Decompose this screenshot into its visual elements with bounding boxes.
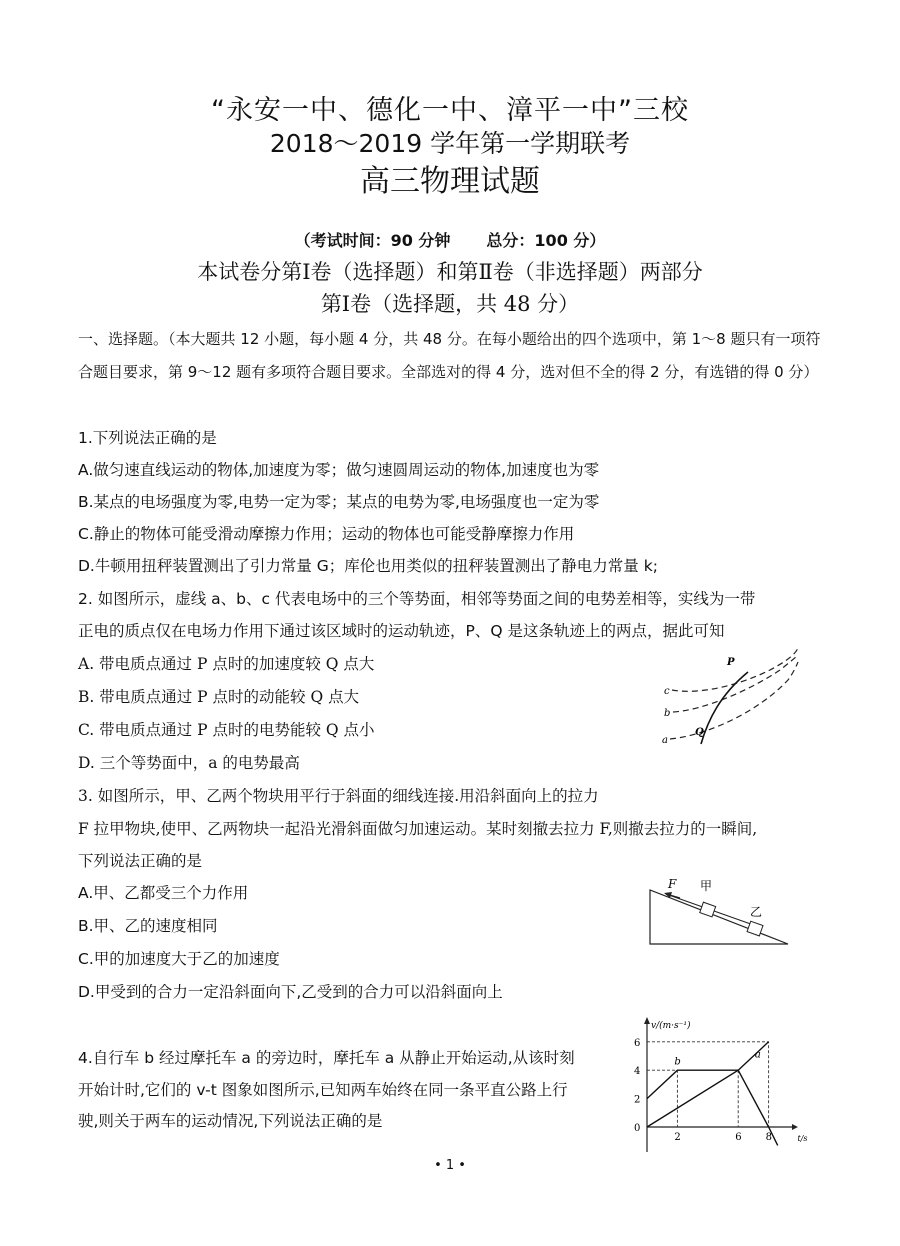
q2-stem-line2: 正电的质点仅在电场力作用下通过该区域时的运动轨迹，P、Q 是这条轨迹上的两点，据… bbox=[78, 619, 724, 641]
incline-plane bbox=[650, 890, 788, 944]
q1-stem: 1.下列说法正确的是 bbox=[78, 426, 217, 448]
label-c: c bbox=[664, 686, 670, 697]
trajectory-line bbox=[701, 672, 748, 744]
y-tick-label: 0 bbox=[634, 1123, 640, 1134]
y-tick-label: 6 bbox=[634, 1038, 640, 1049]
q2-option-c: C. 带电质点通过 P 点时的电势能较 Q 点小 bbox=[78, 718, 375, 740]
block-yi bbox=[747, 921, 763, 936]
y-axis-arrow-icon bbox=[644, 1017, 650, 1024]
series-b-label: b bbox=[674, 1057, 680, 1068]
q3-option-d: D.甲受到的合力一定沿斜面向下,乙受到的合力可以沿斜面向上 bbox=[78, 980, 503, 1002]
label-p: P bbox=[726, 657, 735, 668]
q2-equipotential-figure: c b a P Q bbox=[640, 640, 810, 750]
paper-structure: 本试卷分第Ⅰ卷（选择题）和第Ⅱ卷（非选择题）两部分 bbox=[0, 256, 900, 286]
q3-stem-line2: F 拉甲物块,使甲、乙两物块一起沿光滑斜面做匀加速运动。某时刻撤去拉力 F,则撤… bbox=[78, 817, 757, 839]
label-jia: 甲 bbox=[700, 879, 712, 893]
q2-option-b: B. 带电质点通过 P 点时的动能较 Q 点大 bbox=[78, 685, 359, 707]
block-jia bbox=[700, 902, 716, 917]
label-q: Q bbox=[695, 727, 704, 738]
q1-option-d: D.牛顿用扭秤装置测出了引力常量 G；库伦也用类似的扭秤装置测出了静电力常量 k… bbox=[78, 554, 658, 576]
exam-time: （考试时间：90 分钟 bbox=[295, 231, 451, 250]
x-tick-label: 6 bbox=[735, 1132, 741, 1143]
q1-option-b: B.某点的电场强度为零,电势一定为零；某点的电势为零,电场强度也一定为零 bbox=[78, 490, 599, 512]
y-axis-label: v/(m·s⁻¹) bbox=[651, 1020, 691, 1031]
x-tick-label: 8 bbox=[766, 1132, 772, 1143]
exam-meta: （考试时间：90 分钟总分：100 分） bbox=[0, 228, 900, 251]
q4-vt-chart: v/(m·s⁻¹)t/s0246268ab bbox=[630, 1012, 820, 1162]
q4-stem-line1: 4.自行车 b 经过摩托车 a 的旁边时，摩托车 a 从静止开始运动,从该时刻 bbox=[78, 1046, 575, 1068]
guide-a-8s bbox=[647, 1042, 769, 1127]
series-a-label: a bbox=[755, 1049, 761, 1060]
q3-option-c: C.甲的加速度大于乙的加速度 bbox=[78, 947, 280, 969]
q3-incline-figure: F 甲 乙 bbox=[640, 868, 800, 953]
q3-stem-line1: 3. 如图所示，甲、乙两个物块用平行于斜面的细线连接.用沿斜面向上的拉力 bbox=[78, 784, 599, 806]
series-a bbox=[647, 1042, 769, 1127]
page-number: • 1 • bbox=[0, 1158, 900, 1173]
q3-option-b: B.甲、乙的速度相同 bbox=[78, 914, 218, 936]
exam-title-subject: 高三物理试题 bbox=[0, 156, 900, 200]
q3-stem-line3: 下列说法正确的是 bbox=[78, 849, 202, 871]
guide-b-2s bbox=[647, 1070, 677, 1127]
q4-stem-line3: 驶,则关于两车的运动情况,下列说法正确的是 bbox=[78, 1109, 382, 1131]
part1-title: 第Ⅰ卷（选择题，共 48 分） bbox=[0, 288, 900, 318]
x-tick-label: 2 bbox=[674, 1132, 680, 1143]
q2-option-d: D. 三个等势面中，a 的电势最高 bbox=[78, 751, 300, 773]
exam-title-schools: “永安一中、德化一中、漳平一中”三校 bbox=[0, 88, 900, 127]
label-yi: 乙 bbox=[750, 905, 762, 919]
q1-option-c: C.静止的物体可能受滑动摩擦力作用；运动的物体也可能受静摩擦力作用 bbox=[78, 522, 574, 544]
exam-title-term: 2018～2019 学年第一学期联考 bbox=[0, 124, 900, 160]
equipotential-a bbox=[670, 662, 798, 739]
label-a: a bbox=[662, 735, 668, 746]
q1-option-a: A.做匀速直线运动的物体,加速度为零；做匀速圆周运动的物体,加速度也为零 bbox=[78, 458, 599, 480]
label-f: F bbox=[667, 877, 677, 891]
q2-option-a: A. 带电质点通过 P 点时的加速度较 Q 点大 bbox=[78, 652, 374, 674]
x-axis-arrow-icon bbox=[792, 1124, 798, 1130]
x-axis-label: t/s bbox=[797, 1134, 807, 1143]
q3-option-a: A.甲、乙都受三个力作用 bbox=[78, 881, 248, 903]
total-score: 总分：100 分） bbox=[486, 231, 605, 250]
y-tick-label: 2 bbox=[634, 1095, 640, 1106]
q4-stem-line2: 开始计时,它们的 v-t 图象如图所示,已知两车始终在同一条平直公路上行 bbox=[78, 1078, 568, 1100]
y-tick-label: 4 bbox=[634, 1066, 640, 1077]
q2-stem-line1: 2. 如图所示，虚线 a、b、c 代表电场中的三个等势面，相邻等势面之间的电势差… bbox=[78, 587, 755, 609]
section1-instructions: 一、选择题。（本大题共 12 小题，每小题 4 分，共 48 分。在每小题给出的… bbox=[78, 323, 828, 388]
series-b bbox=[647, 1070, 778, 1145]
label-b: b bbox=[664, 708, 670, 719]
